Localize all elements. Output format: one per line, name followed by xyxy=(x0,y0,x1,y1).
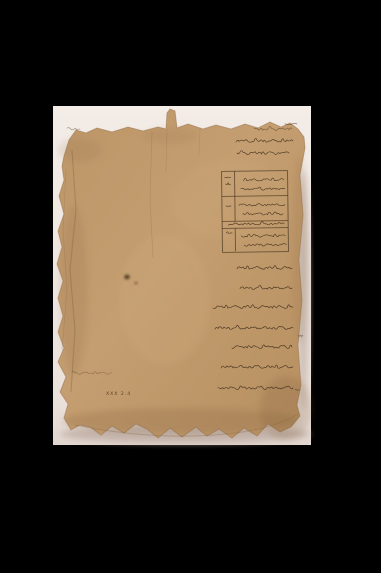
catalog-inscription: XXX 2.4 xyxy=(106,391,131,397)
table-rule xyxy=(235,171,236,221)
ink-blot xyxy=(135,282,138,284)
photograph-frame: XXX 2.4 xyxy=(0,0,381,573)
manuscript-page xyxy=(57,109,312,440)
manuscript-photo: XXX 2.4 xyxy=(0,0,381,573)
ink-blot xyxy=(124,275,130,280)
